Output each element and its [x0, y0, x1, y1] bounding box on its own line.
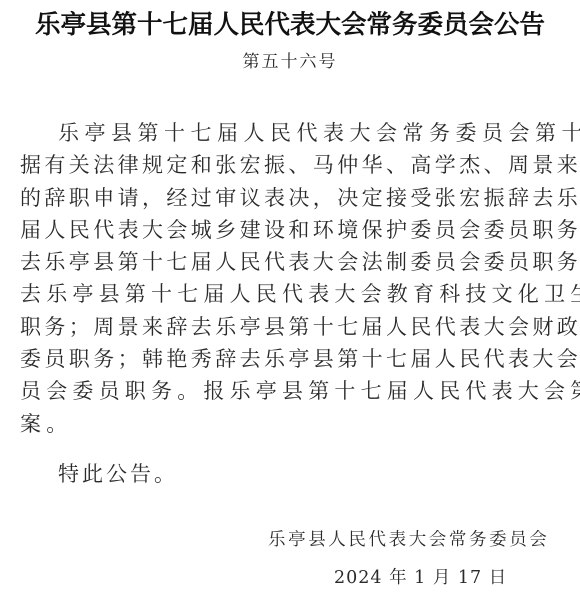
- body-line: 职务；周景来辞去乐亭县第十七届人民代表大会财政经济委员会: [20, 311, 552, 343]
- announcement-title: 乐亭县第十七届人民代表大会常务委员会公告: [0, 8, 580, 42]
- body-line: 据有关法律规定和张宏振、马仲华、高学杰、周景来、韩艳秀等: [20, 149, 552, 181]
- closing-text: 特此公告。: [58, 458, 178, 490]
- body-line: 乐亭县第十七届人民代表大会常务委员会第十七次会议根: [20, 117, 552, 149]
- body-line: 的辞职申请，经过审议表决，决定接受张宏振辞去乐亭县第十七: [20, 182, 552, 214]
- body-line: 去乐亭县第十七届人民代表大会教育科技文化卫生委员会委员: [20, 278, 552, 310]
- body-line: 去乐亭县第十七届人民代表大会法制委员会委员职务；高学杰辞: [20, 246, 552, 278]
- signature-date: 2024 年 1 月 17 日: [334, 565, 507, 591]
- body-line: 员会委员职务。报乐亭县第十七届人民代表大会第四次会议备: [20, 375, 552, 407]
- announcement-number: 第五十六号: [0, 50, 580, 74]
- body-line: 案。: [20, 408, 552, 440]
- body-line: 委员职务；韩艳秀辞去乐亭县第十七届人民代表大会社会建设委: [20, 343, 552, 375]
- body-line: 届人民代表大会城乡建设和环境保护委员会委员职务；马仲华辞: [20, 214, 552, 246]
- announcement-body: 乐亭县第十七届人民代表大会常务委员会第十七次会议根 据有关法律规定和张宏振、马仲…: [20, 117, 552, 440]
- signature-organization: 乐亭县人民代表大会常务委员会: [268, 527, 549, 553]
